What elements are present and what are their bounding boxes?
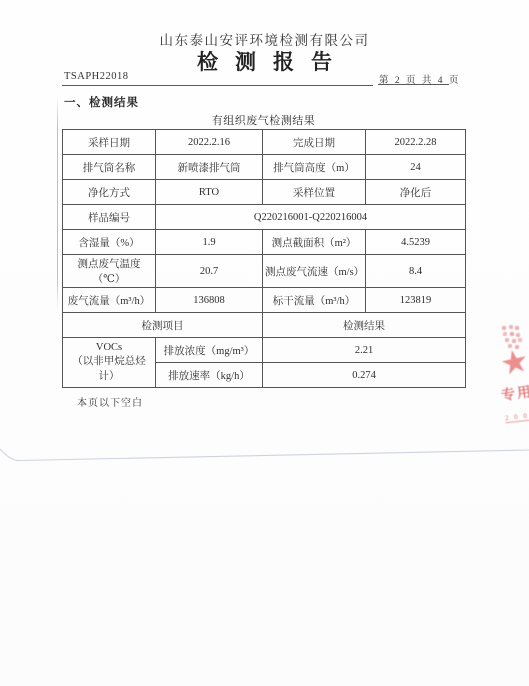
value-cell: 123819 [366,288,466,313]
label-cell: 排放速率（kg/h） [156,363,263,388]
seal-text-smudge [502,326,506,330]
voc-label-line2: （以非甲烷总烃计） [65,355,153,383]
label-cell: 含湿量（%） [63,230,156,255]
report-number: TSAPH22018 [64,71,129,82]
label-cell: 排气筒高度（m） [263,155,366,180]
label-cell: 废气流量（m³/h） [63,288,156,313]
value-cell: 净化后 [366,180,466,205]
value-cell: 4.5239 [366,230,466,255]
value-cell: 0.274 [263,363,466,388]
blank-below-note: 本页以下空白 [77,394,143,409]
header-underline-right [378,84,449,85]
value-cell: 20.7 [156,255,263,288]
value-cell: 1.9 [156,230,263,255]
label-cell: 排气筒名称 [63,155,156,180]
voc-parameter-cell: VOCs （以非甲烷总烃计） [63,338,156,388]
table-row-sample-id: 样品编号 Q220216001-Q220216004 [63,205,466,230]
value-cell: 24 [366,155,466,180]
value-cell: 新喷漆排气筒 [156,155,263,180]
label-cell: 采样位置 [263,180,366,205]
table-row-voc-concentration: VOCs （以非甲烷总烃计） 排放浓度（mg/m³） 2.21 [63,338,466,363]
scan-artifact-edge-line [57,95,58,310]
header-underline-left [62,85,373,86]
value-cell: 8.4 [366,255,466,288]
table-row-purification: 净化方式 RTO 采样位置 净化后 [63,180,466,205]
seal-digits: 2 0 0 [505,412,529,423]
table-row-result-header: 检测项目 检测结果 [63,313,466,338]
value-cell: Q220216001-Q220216004 [156,205,466,230]
label-cell: 排放浓度（mg/m³） [156,338,263,363]
label-cell: 标干流量（m³/h） [263,288,366,313]
label-cell: 测点废气流速（m/s） [263,255,366,288]
value-cell: 2022.2.16 [156,130,263,155]
table-row-stack-name: 排气筒名称 新喷漆排气筒 排气筒高度（m） 24 [63,155,466,180]
label-cell: 采样日期 [63,130,156,155]
value-cell: 136808 [156,288,263,313]
label-cell: 测点废气温度（℃） [63,255,156,288]
section-heading: 一、检测结果 [64,94,139,110]
table-title: 有组织废气检测结果 [62,112,465,128]
voc-label-line1: VOCs [65,341,153,355]
label-cell: 净化方式 [63,180,156,205]
seal-star-icon: ★ [497,343,529,380]
table-row-sampling-date: 采样日期 2022.2.16 完成日期 2022.2.28 [63,130,466,155]
scanned-report-page: 山东泰山安评环境检测有限公司 检测报告 TSAPH22018 第 2 页 共 4… [0,0,529,686]
value-cell: 2.21 [263,338,466,363]
table-row-temperature: 测点废气温度（℃） 20.7 测点废气流速（m/s） 8.4 [63,255,466,288]
label-cell: 样品编号 [63,205,156,230]
seal-characters: 专用 [500,381,529,405]
red-seal-partial: ★ 专用 2 0 0 [492,320,529,432]
value-cell: 2022.2.28 [366,130,466,155]
table-row-flow: 废气流量（m³/h） 136808 标干流量（m³/h） 123819 [63,288,466,313]
value-cell: RTO [156,180,263,205]
label-cell: 完成日期 [263,130,366,155]
header-cell: 检测项目 [63,313,263,338]
label-cell: 测点截面积（m²） [263,230,366,255]
results-table: 采样日期 2022.2.16 完成日期 2022.2.28 排气筒名称 新喷漆排… [62,129,466,388]
header-cell: 检测结果 [263,313,466,338]
table-row-moisture: 含湿量（%） 1.9 测点截面积（m²） 4.5239 [63,230,466,255]
